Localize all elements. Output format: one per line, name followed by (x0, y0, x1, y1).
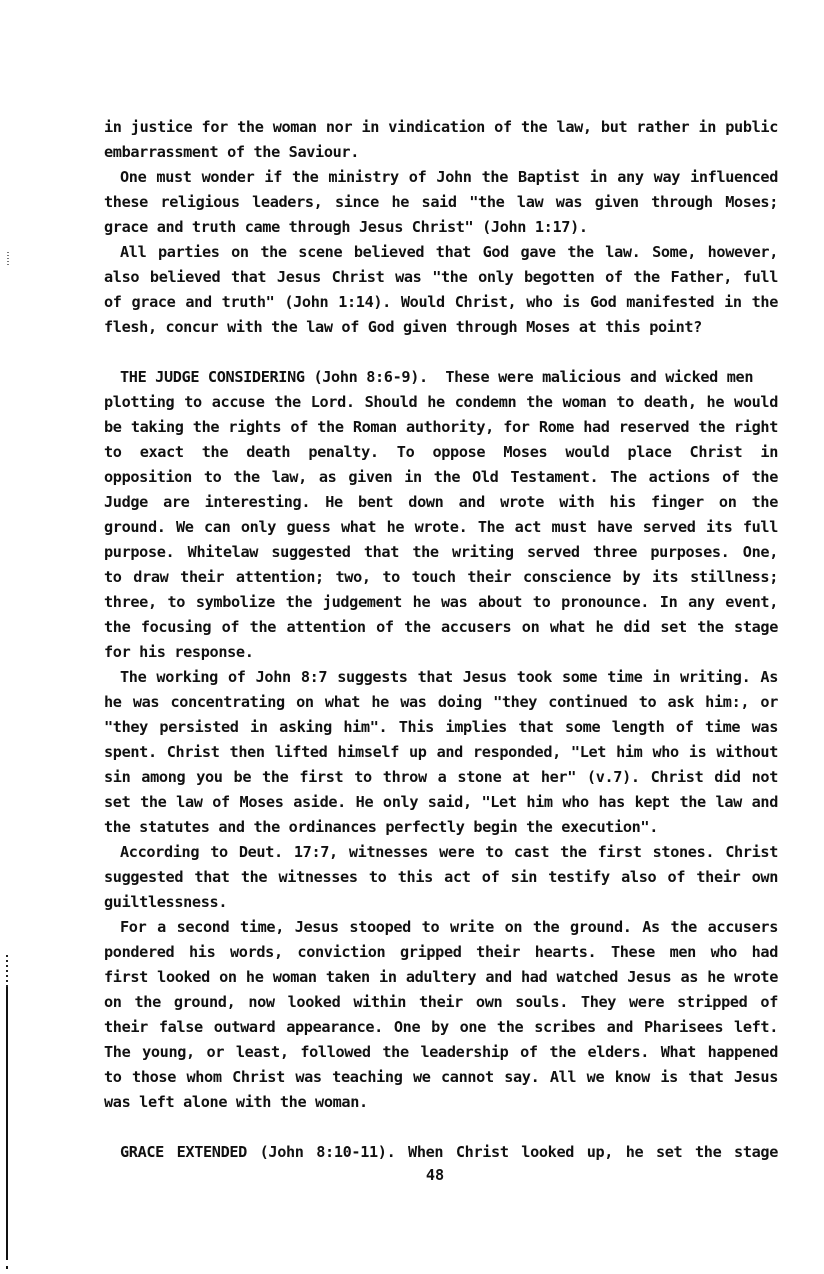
text-line: to those whom Christ was teaching we can… (104, 1066, 778, 1088)
margin-rule (6, 987, 8, 1260)
text-line: ground. We can only guess what he wrote.… (104, 516, 778, 538)
page-number: 48 (0, 1164, 824, 1186)
text-line: spent. Christ then lifted himself up and… (104, 741, 778, 763)
text-line: he was concentrating on what he was doin… (104, 691, 778, 713)
text-line: set the law of Moses aside. He only said… (104, 791, 778, 813)
text-line: For a second time, Jesus stooped to writ… (120, 916, 778, 938)
text-line: opposition to the law, as given in the O… (104, 466, 778, 488)
text-line: in justice for the woman nor in vindicat… (104, 116, 778, 138)
margin-speck (7, 252, 9, 266)
text-line: the statutes and the ordinances perfectl… (104, 816, 778, 838)
text-line: three, to symbolize the judgement he was… (104, 591, 778, 613)
text-line: The working of John 8:7 suggests that Je… (120, 666, 778, 688)
text-line: their false outward appearance. One by o… (104, 1016, 778, 1038)
text-line: these religious leaders, since he said "… (104, 191, 778, 213)
text-line: purpose. Whitelaw suggested that the wri… (104, 541, 778, 563)
text-line: flesh, concur with the law of God given … (104, 316, 778, 338)
text-line: of grace and truth" (John 1:14). Would C… (104, 291, 778, 313)
text-line: plotting to accuse the Lord. Should he c… (104, 391, 778, 413)
text-line: be taking the rights of the Roman author… (104, 416, 778, 438)
text-line: the focusing of the attention of the acc… (104, 616, 778, 638)
text-line: to exact the death penalty. To oppose Mo… (104, 441, 778, 463)
text-line: guiltlessness. (104, 891, 778, 913)
text-line: GRACE EXTENDED (John 8:10-11). When Chri… (120, 1141, 778, 1163)
text-line: sin among you be the first to throw a st… (104, 766, 778, 788)
text-line: for his response. (104, 641, 778, 663)
text-line: embarrassment of the Saviour. (104, 141, 778, 163)
text-line: One must wonder if the ministry of John … (120, 166, 778, 188)
text-line: pondered his words, conviction gripped t… (104, 941, 778, 963)
text-line: "they persisted in asking him". This imp… (104, 716, 778, 738)
text-line: on the ground, now looked within their o… (104, 991, 778, 1013)
text-line: THE JUDGE CONSIDERING (John 8:6-9). Thes… (120, 366, 778, 388)
text-line: also believed that Jesus Christ was "the… (104, 266, 778, 288)
text-line: suggested that the witnesses to this act… (104, 866, 778, 888)
text-line: All parties on the scene believed that G… (120, 241, 778, 263)
text-line: was left alone with the woman. (104, 1091, 778, 1113)
text-line: Judge are interesting. He bent down and … (104, 491, 778, 513)
text-line: grace and truth came through Jesus Chris… (104, 216, 778, 238)
document-page: in justice for the woman nor in vindicat… (0, 0, 824, 1274)
text-line: first looked on he woman taken in adulte… (104, 966, 778, 988)
text-line: The young, or least, followed the leader… (104, 1041, 778, 1063)
margin-rule-dotted (6, 955, 8, 987)
text-line: According to Deut. 17:7, witnesses were … (120, 841, 778, 863)
margin-speck-bottom (6, 1266, 8, 1269)
text-line: to draw their attention; two, to touch t… (104, 566, 778, 588)
